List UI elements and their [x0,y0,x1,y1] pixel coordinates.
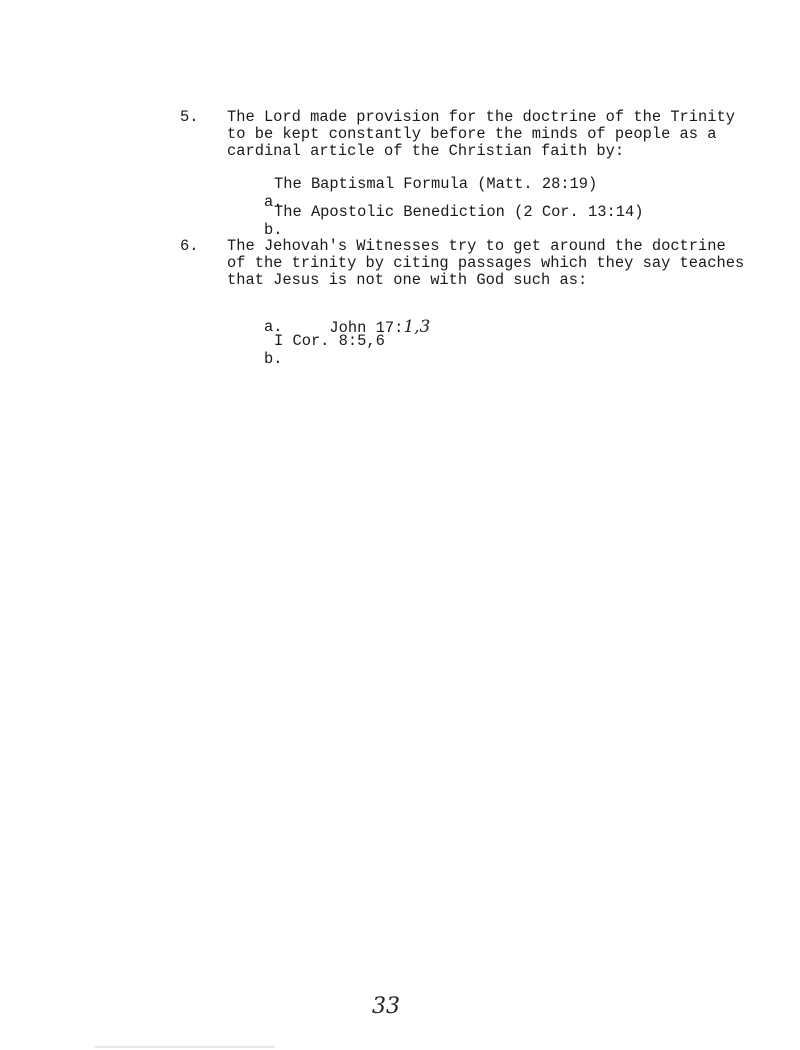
item-line: of the trinity by citing passages which … [227,254,744,272]
item-line: that Jesus is not one with God such as: [227,271,587,289]
document-page: 5. The Lord made provision for the doctr… [0,0,800,1050]
subitem-text: I Cor. 8:5,6 [274,332,385,350]
item-line: The Lord made provision for the doctrine… [227,108,735,126]
item-number: 6. [180,237,198,255]
scan-artifact [95,1046,275,1048]
item-number: 5. [180,108,198,126]
subitem-text: The Baptismal Formula (Matt. 28:19) [274,175,597,193]
subitem-text: The Apostolic Benediction (2 Cor. 13:14) [274,203,643,221]
handwritten-correction: 1,3 [403,317,430,337]
subitem-6b: b. I Cor. 8:5,6 [227,332,282,404]
list-item-6: 6. The Jehovah's Witnesses try to get ar… [180,237,217,345]
item-line: The Jehovah's Witnesses try to get aroun… [227,237,726,255]
item-line: cardinal article of the Christian faith … [227,142,624,160]
subitem-label: b. [264,350,282,368]
item-line: to be kept constantly before the minds o… [227,125,717,143]
list-item-5: 5. The Lord made provision for the doctr… [180,108,217,216]
page-number: 33 [372,994,400,1019]
